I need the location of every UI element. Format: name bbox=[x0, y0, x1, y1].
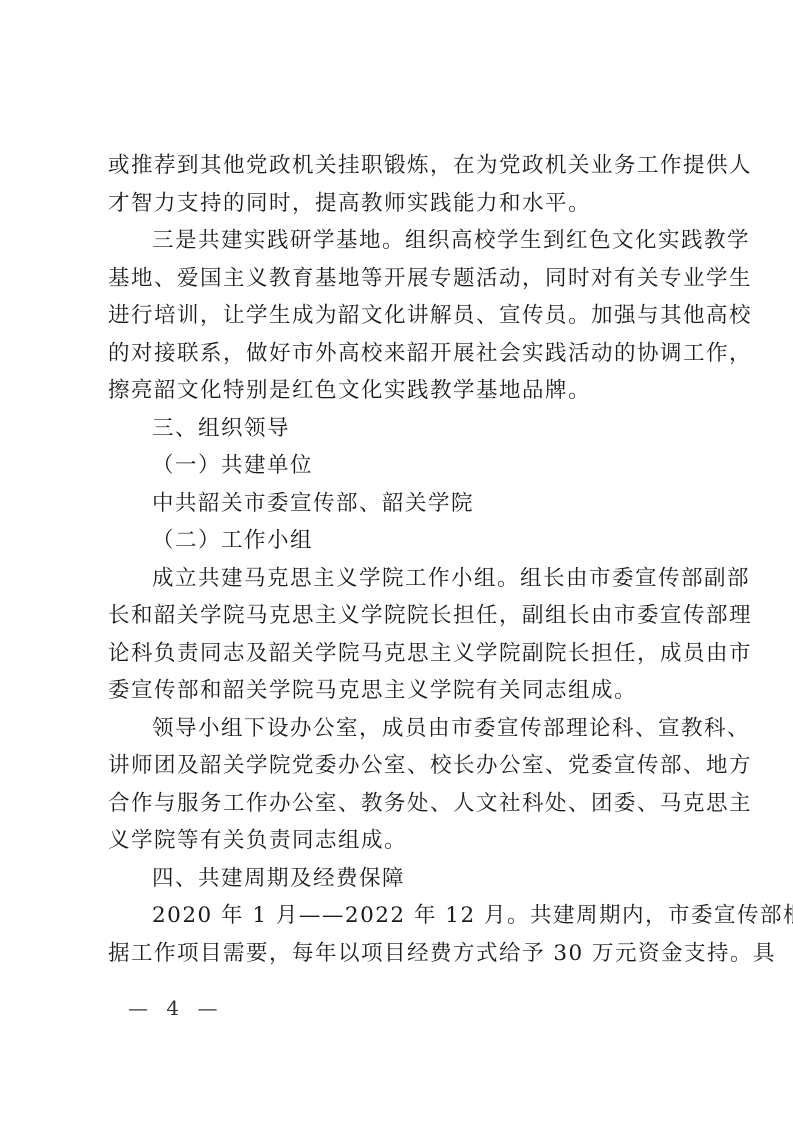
paragraph-line: 委宣传部和韶关学院马克思主义学院有关同志组成。 bbox=[108, 672, 690, 710]
paragraph-line: 的对接联系，做好市外高校来韶开展社会实践活动的协调工作， bbox=[108, 335, 690, 373]
paragraph-line: 合作与服务工作办公室、教务处、人文社科处、团委、马克思主 bbox=[108, 785, 690, 823]
subsection-heading: （一）共建单位 bbox=[108, 447, 690, 485]
paragraph-line: 基地、爱国主义教育基地等开展专题活动，同时对有关专业学生 bbox=[108, 260, 690, 298]
paragraph-line: 进行培训，让学生成为韶文化讲解员、宣传员。加强与其他高校 bbox=[108, 297, 690, 335]
paragraph-line: 讲师团及韶关学院党委办公室、校长办公室、党委宣传部、地方 bbox=[108, 747, 690, 785]
paragraph-line: 2020 年 1 月——2022 年 12 月。共建周期内，市委宣传部根 bbox=[108, 897, 690, 935]
paragraph-line: 据工作项目需要，每年以项目经费方式给予 30 万元资金支持。具 bbox=[108, 935, 690, 973]
paragraph-line: 三是共建实践研学基地。组织高校学生到红色文化实践教学 bbox=[108, 222, 690, 260]
page-number: — 4 — bbox=[128, 996, 223, 1020]
paragraph-line: 中共韶关市委宣传部、韶关学院 bbox=[108, 485, 690, 523]
paragraph-line: 长和韶关学院马克思主义学院院长担任，副组长由市委宣传部理 bbox=[108, 597, 690, 635]
subsection-heading: （二）工作小组 bbox=[108, 522, 690, 560]
paragraph-line: 论科负责同志及韶关学院马克思主义学院副院长担任，成员由市 bbox=[108, 635, 690, 673]
paragraph-line: 成立共建马克思主义学院工作小组。组长由市委宣传部副部 bbox=[108, 560, 690, 598]
paragraph-line: 领导小组下设办公室，成员由市委宣传部理论科、宣教科、 bbox=[108, 710, 690, 748]
paragraph-line: 义学院等有关负责同志组成。 bbox=[108, 822, 690, 860]
section-heading: 三、组织领导 bbox=[108, 410, 690, 448]
paragraph-line: 才智力支持的同时，提高教师实践能力和水平。 bbox=[108, 185, 690, 223]
paragraph-line: 擦亮韶文化特别是红色文化实践教学基地品牌。 bbox=[108, 372, 690, 410]
paragraph-line: 或推荐到其他党政机关挂职锻炼，在为党政机关业务工作提供人 bbox=[108, 147, 690, 185]
document-page: 或推荐到其他党政机关挂职锻炼，在为党政机关业务工作提供人 才智力支持的同时，提高… bbox=[108, 147, 690, 972]
section-heading: 四、共建周期及经费保障 bbox=[108, 860, 690, 898]
